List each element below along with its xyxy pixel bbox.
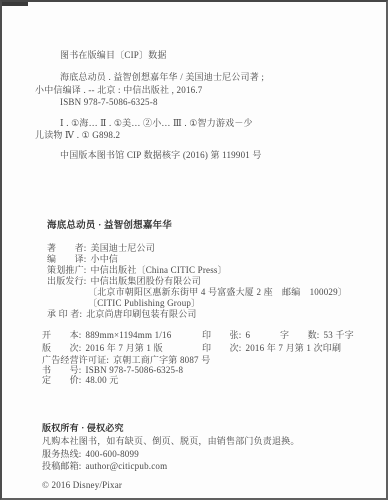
email-line: 投稿邮箱:author@citicpub.com: [42, 461, 167, 472]
price-value: 48.00 元: [86, 375, 119, 385]
planning-label: 策划推广:: [47, 265, 87, 276]
ad-license-value: 京朝工商广字第 8087 号: [113, 355, 210, 365]
sheets-label: 印 张:: [202, 330, 242, 341]
rights-statement: 版权所有 · 侵权必究: [42, 423, 124, 434]
author-line: 著 者:美国迪士尼公司: [47, 243, 155, 254]
planning-value: 中信出版社〔China CITIC Press〕: [91, 265, 227, 275]
printer-label: 承 印 者:: [47, 309, 82, 320]
impression-line: 印 次:2016 年 7 月第 1 次印刷: [202, 343, 341, 354]
words-line: 字 数:53 千字: [280, 330, 354, 341]
edition-label: 版 次:: [42, 343, 82, 354]
format-line: 开 本:889mm×1194mm 1/16: [42, 330, 171, 341]
edition-value: 2016 年 7 月第 1 版: [86, 343, 163, 353]
email-label: 投稿邮箱:: [42, 461, 82, 472]
cip-class-line1: Ⅰ . ①海… Ⅱ . ①美… ②小… Ⅲ . ①智力游戏－少: [60, 118, 253, 129]
hotline-line: 服务热线:400-600-8099: [42, 449, 139, 460]
scan-edge-artifact: [2, 2, 28, 6]
translator-value: 小中信: [91, 254, 119, 264]
hotline-number: 400-600-8099: [86, 449, 139, 459]
words-value: 53 千字: [324, 330, 354, 340]
isbn-value: ISBN 978-7-5086-6325-8: [86, 365, 184, 375]
publisher-line: 出版发行:中信出版集团股份有限公司: [47, 276, 201, 287]
publisher-english-name: 〔CITIC Publishing Group〕: [88, 298, 200, 309]
cip-record-line1: 海底总动员 . 益智创想嘉年华 / 美国迪士尼公司著 ;: [60, 72, 264, 83]
cip-record-line2: 小中信编译 . -- 北京 : 中信出版社 , 2016.7: [35, 85, 203, 96]
printer-value: 北京尚唐印刷包装有限公司: [86, 309, 196, 319]
planning-line: 策划推广:中信出版社〔China CITIC Press〕: [47, 265, 227, 276]
cip-heading: 图书在版编目〔CIP〕数据: [60, 50, 167, 61]
email-address: author@citicpub.com: [86, 461, 168, 471]
price-line: 定 价:48.00 元: [42, 375, 118, 386]
cip-class-line2: 儿读物 Ⅳ . ① G898.2: [35, 130, 120, 141]
hotline-label: 服务热线:: [42, 449, 82, 460]
copyright-page: 图书在版编目〔CIP〕数据 海底总动员 . 益智创想嘉年华 / 美国迪士尼公司著…: [0, 0, 388, 500]
book-title: 海底总动员 · 益智创想嘉年华: [47, 221, 172, 232]
edition-line: 版 次:2016 年 7 月第 1 版: [42, 343, 163, 354]
publisher-label: 出版发行:: [47, 276, 87, 287]
publisher-value: 中信出版集团股份有限公司: [91, 276, 201, 286]
printer-line: 承 印 者:北京尚唐印刷包装有限公司: [47, 309, 197, 320]
format-label: 开 本:: [42, 330, 82, 341]
cip-isbn-line: ISBN 978-7-5086-6325-8: [60, 97, 158, 108]
sheets-line: 印 张:6: [202, 330, 250, 341]
returns-statement: 凡购本社图书，如有缺页、倒页、脱页，由销售部门负责退换。: [42, 436, 300, 447]
translator-label: 编 译:: [47, 254, 87, 265]
price-label: 定 价:: [42, 375, 82, 386]
copyright-notice: © 2016 Disney/Pixar: [42, 480, 122, 491]
publisher-address: 〔北京市朝阳区惠新东街甲 4 号富盛大厦 2 座 邮编 100029〕: [88, 287, 347, 298]
words-label: 字 数:: [280, 330, 320, 341]
impression-value: 2016 年 7 月第 1 次印刷: [246, 343, 342, 353]
translator-line: 编 译:小中信: [47, 254, 118, 265]
format-value: 889mm×1194mm 1/16: [86, 330, 172, 340]
sheets-value: 6: [246, 330, 251, 340]
author-label: 著 者:: [47, 243, 87, 254]
author-value: 美国迪士尼公司: [91, 243, 155, 253]
cip-registry-line: 中国版本图书馆 CIP 数据核字 (2016) 第 119901 号: [60, 150, 262, 161]
impression-label: 印 次:: [202, 343, 242, 354]
